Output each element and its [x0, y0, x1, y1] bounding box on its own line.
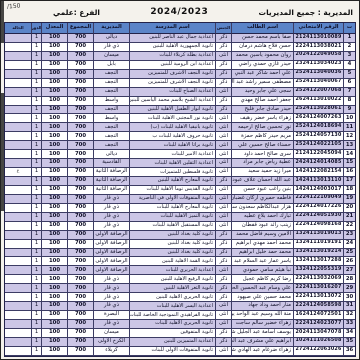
cell-school-name: ثانوية الثغر الاهلية للبنين	[129, 284, 215, 293]
cell-round: 1	[31, 186, 41, 195]
cell-round: 1	[31, 249, 41, 258]
cell-average: 100	[41, 195, 67, 204]
cell-student-name: محمد حسين علي صيهود	[231, 293, 293, 302]
table-row: 22 2224124098168 زينب رائد عبود قفطان ان…	[5, 222, 355, 231]
cell-student-name: نور تحسين صالح ارحيمه	[231, 123, 293, 132]
cell-gender: انثى	[215, 347, 231, 356]
cell-average: 100	[41, 79, 67, 88]
cell-total: 700	[67, 231, 93, 240]
cell-average: 100	[41, 204, 67, 213]
cell-gender: انثى	[215, 266, 231, 275]
cell-round: 1	[31, 338, 41, 347]
cell-exam-number: 2524113028061	[293, 106, 343, 115]
cell-school-name: ثانوية المعارج الاهلية للبنين	[129, 177, 215, 186]
table-row: 14 2124122045094 سرى صالح احمد داود انثى…	[5, 150, 355, 159]
cell-school-name: اعدادية المتميزين للبنين	[129, 338, 215, 347]
cell-student-name: سرى صالح احمد داود	[231, 150, 293, 159]
cell-gender: ذكر	[215, 231, 231, 240]
cell-round: 1	[31, 222, 41, 231]
table-row: 23 1324113019013 الامين وسيم فاضل محمد ذ…	[5, 231, 355, 240]
cell-total: 700	[67, 97, 93, 106]
cell-gender: انثى	[215, 168, 231, 177]
cell-total: 700	[67, 114, 93, 123]
cell-status	[5, 293, 31, 302]
cell-total: 700	[67, 302, 93, 311]
cell-gender: انثى	[215, 213, 231, 222]
cell-gender: ذكر	[215, 34, 231, 43]
cell-exam-number: 2224113038021	[293, 43, 343, 52]
col-exam-number: الرقم الامتحاني	[293, 23, 343, 34]
cell-exam-number: 2324113034023	[293, 61, 343, 70]
cell-student-name: روان محمود ياسين محمد	[231, 52, 293, 61]
cell-gender: انثى	[215, 150, 231, 159]
cell-school-name: اعدادية جمال عبد الناصر للبنين	[129, 34, 215, 43]
cell-school-name: ثانوية القمة الاهلية للبنين	[129, 257, 215, 266]
cell-serial: 30	[343, 293, 355, 302]
col-gender: الجنس	[215, 23, 231, 34]
cell-gender: انثى	[215, 186, 231, 195]
cell-round: 1	[31, 204, 41, 213]
cell-gender: انثى	[215, 204, 231, 213]
cell-school-name: اعدادية الصباح للبنات	[129, 88, 215, 97]
cell-gender: ذكر	[215, 43, 231, 52]
cell-average: 100	[41, 168, 67, 177]
cell-exam-number: 2524124018694	[293, 123, 343, 132]
cell-school-name: ثانوية كلية بغداد للبنين	[129, 240, 215, 249]
cell-total: 700	[67, 186, 93, 195]
cell-average: 100	[41, 302, 67, 311]
cell-total: 700	[67, 123, 93, 132]
cell-directorate: النجف	[93, 132, 129, 141]
cell-status	[5, 222, 31, 231]
cell-status	[5, 159, 31, 168]
cell-average: 100	[41, 61, 67, 70]
cell-student-name: حيدر غازي حمدي راضي	[231, 61, 293, 70]
cell-gender: انثى	[215, 141, 231, 150]
cell-status	[5, 43, 31, 52]
cell-serial: 12	[343, 132, 355, 141]
cell-exam-number: 2724122063026	[293, 347, 343, 356]
cell-total: 700	[67, 195, 93, 204]
cell-average: 100	[41, 338, 67, 347]
cell-gender: انثى	[215, 88, 231, 97]
cell-student-name: يوسف اسامة عبد الجليل شايع	[231, 329, 293, 338]
cell-directorate: ميسان	[93, 52, 129, 61]
cell-directorate: واسط	[93, 114, 129, 123]
cell-total: 700	[67, 159, 93, 168]
table-row: 35 1024111026508 ابراهيم علي مشرف عبد ال…	[5, 338, 355, 347]
cell-school-name: ثانوية الجمهورية الاهلية للبنين	[129, 43, 215, 52]
cell-student-name: زهراء خضير سالم ساجت	[231, 320, 293, 329]
cell-serial: 31	[343, 302, 355, 311]
cell-total: 700	[67, 213, 93, 222]
cell-directorate: الرصافة الثانية	[93, 177, 129, 186]
cell-gender: انثى	[215, 320, 231, 329]
cell-status	[5, 79, 31, 88]
cell-exam-number: 2524113040036	[293, 70, 343, 79]
table-row: 11 2524124018694 نور تحسين صالح ارحيمه ا…	[5, 123, 355, 132]
cell-serial: 35	[343, 338, 355, 347]
cell-total: 700	[67, 275, 93, 284]
cell-status	[5, 186, 31, 195]
cell-round: 1	[31, 97, 41, 106]
table-row: 19 2224122109049 فاطمه حميري اركان غضبان…	[5, 195, 355, 204]
cell-serial: 2	[343, 43, 355, 52]
cell-directorate: الرصافة الثانية	[93, 168, 129, 177]
cell-directorate: ذي قار	[93, 293, 129, 302]
cell-total: 700	[67, 222, 93, 231]
cell-serial: 26	[343, 257, 355, 266]
cell-gender: ذكر	[215, 177, 231, 186]
cell-total: 700	[67, 106, 93, 115]
cell-serial: 34	[343, 329, 355, 338]
cell-round: 1	[31, 52, 41, 61]
cell-directorate: الرصافة الاولى	[93, 257, 129, 266]
cell-school-name: اعدادية اليسر الاهلية للبنات	[129, 302, 215, 311]
table-row: 16 1424122082154 ميرا زيد حميد سعيد انثى…	[5, 168, 355, 177]
cell-round: 1	[31, 257, 41, 266]
cell-round: 1	[31, 320, 41, 329]
cell-average: 100	[41, 249, 67, 258]
cell-serial: 23	[343, 231, 355, 240]
cell-serial: 27	[343, 266, 355, 275]
cell-school-name: ثانوية المتفوقات الاولى في الناصرية	[129, 195, 215, 204]
cell-serial: 20	[343, 204, 355, 213]
cell-gender: ذكر	[215, 338, 231, 347]
cell-total: 700	[67, 43, 93, 52]
cell-status	[5, 70, 31, 79]
cell-total: 700	[67, 249, 93, 258]
cell-school-name: اعدادية بطلة كربلاء للبنات	[129, 52, 215, 61]
cell-average: 100	[41, 132, 67, 141]
cell-status	[5, 97, 31, 106]
cell-total: 700	[67, 132, 93, 141]
cell-round: 1	[31, 302, 41, 311]
cell-gender: انثى	[215, 302, 231, 311]
cell-total: 700	[67, 338, 93, 347]
cell-exam-number: 2224113013072	[293, 293, 343, 302]
cell-average: 100	[41, 293, 67, 302]
table-header-row: ت الرقم الامتحاني اسم الطالب الجنس اسم ا…	[5, 23, 355, 34]
cell-gender: انثى	[215, 159, 231, 168]
cell-total: 700	[67, 320, 93, 329]
cell-average: 100	[41, 97, 67, 106]
cell-average: 100	[41, 106, 67, 115]
cell-student-name: فاطمه حميري اركان غضبان	[231, 195, 293, 204]
cell-round: 1	[31, 61, 41, 70]
cell-directorate: النجف	[93, 123, 129, 132]
cell-status	[5, 320, 31, 329]
cell-directorate: ذي قار	[93, 302, 129, 311]
cell-school-name: ثانوية الفراهيدي النموذجية الخاصة للبنات	[129, 311, 215, 320]
cell-status: ع	[5, 168, 31, 177]
cell-serial: 15	[343, 159, 355, 168]
table-row: 29 2224113016207 علي وسام عبد الحسين الح…	[5, 284, 355, 293]
cell-status	[5, 34, 31, 43]
cell-gender: ذكر	[215, 61, 231, 70]
cell-serial: 13	[343, 141, 355, 150]
cell-status	[5, 123, 31, 132]
cell-round: 1	[31, 195, 41, 204]
cell-total: 700	[67, 34, 93, 43]
cell-school-name: ثانوية القديس توما الاهلية للبنات	[129, 186, 215, 195]
cell-status	[5, 231, 31, 240]
table-row: 21 2224124051930 تبارك احمد بلاع عطيه ان…	[5, 213, 355, 222]
cell-exam-number: 2224124058598	[293, 302, 343, 311]
cell-directorate: النجف	[93, 79, 129, 88]
cell-directorate: بابل	[93, 61, 129, 70]
cell-student-name: محمد احمد مهدي ابراهيم	[231, 240, 293, 249]
school-year: 2024/2023	[150, 7, 208, 17]
cell-directorate: الرصافة الاولى	[93, 231, 129, 240]
cell-school-name: ثانوية براثا الاهلية للبنات	[129, 141, 215, 150]
cell-status	[5, 132, 31, 141]
cell-total: 700	[67, 150, 93, 159]
cell-student-name: سجى علي جابر وحيد	[231, 88, 293, 97]
cell-status	[5, 114, 31, 123]
cell-average: 100	[41, 177, 67, 186]
cell-average: 100	[41, 284, 67, 293]
cell-total: 700	[67, 79, 93, 88]
cell-directorate: ميسان	[93, 329, 129, 338]
cell-exam-number: 1324113017288	[293, 257, 343, 266]
cell-round: 1	[31, 311, 41, 320]
cell-student-name: بنين راغب عبود حسن	[231, 186, 293, 195]
cell-exam-number: 2524113040067	[293, 79, 343, 88]
cell-average: 100	[41, 347, 67, 356]
cell-exam-number: 1324111019191	[293, 240, 343, 249]
cell-serial: 5	[343, 70, 355, 79]
table-row: 5 2524113040036 علي احمد شاكر عبد النبي …	[5, 70, 355, 79]
cell-serial: 3	[343, 52, 355, 61]
table-row: 28 2224113032069 رضا كريم كاظم عجيل ذكر …	[5, 275, 355, 284]
cell-school-name: ثانوية الرفيع الاهلية للبنين	[129, 275, 215, 284]
table-row: 4 2324113034023 حيدر غازي حمدي راضي ذكر …	[5, 61, 355, 70]
cell-total: 700	[67, 257, 93, 266]
cell-round: 1	[31, 231, 41, 240]
cell-school-name: ثانوية الحريري الاهلية للبنين	[129, 293, 215, 302]
cell-student-name: منة الله وسيم عبد الواحد يوسف	[231, 311, 293, 320]
cell-round: 1	[31, 150, 41, 159]
cell-round: 1	[31, 275, 41, 284]
table-row: 9 2524113028061 حيدر صادق جابر فليح ذكر …	[5, 106, 355, 115]
cell-serial: 33	[343, 320, 355, 329]
cell-total: 700	[67, 141, 93, 150]
cell-round: 1	[31, 347, 41, 356]
cell-school-name: ثانوية نور المجتبى الاهلية للبنات	[129, 114, 215, 123]
cell-average: 100	[41, 222, 67, 231]
cell-average: 100	[41, 311, 67, 320]
cell-total: 700	[67, 266, 93, 275]
cell-exam-number: 1324113019013	[293, 231, 343, 240]
table-row: 15 2424124014085 عطية رياض جابر مراد انث…	[5, 159, 355, 168]
cell-status	[5, 249, 31, 258]
cell-average: 100	[41, 257, 67, 266]
cell-gender: انثى	[215, 311, 231, 320]
cell-directorate: ذي قار	[93, 275, 129, 284]
cell-total: 700	[67, 70, 93, 79]
cell-serial: 10	[343, 114, 355, 123]
cell-average: 100	[41, 141, 67, 150]
cell-status	[5, 257, 31, 266]
cell-exam-number: 1324122055319	[293, 266, 343, 275]
cell-directorate: كربلاء	[93, 347, 129, 356]
cell-status	[5, 52, 31, 61]
cell-total: 700	[67, 177, 93, 186]
directorate-title: المديرية : جميع المديريات	[259, 8, 353, 17]
cell-student-name: محمد حمد خليل ابراهيم	[231, 249, 293, 258]
cell-school-name: ثانوية المعارج الاهلية للبنات	[129, 204, 215, 213]
cell-serial: 22	[343, 222, 355, 231]
table-row: 18 1424124003017 بنين راغب عبود حسن انثى…	[5, 186, 355, 195]
branch-label: الفرع :علمي	[53, 8, 100, 17]
cell-status	[5, 302, 31, 311]
col-serial: ت	[343, 23, 355, 34]
cell-round: 1	[31, 329, 41, 338]
scanned-results-sheet: 150/ المديرية : جميع المديريات 2024/2023…	[0, 0, 360, 360]
cell-average: 100	[41, 43, 67, 52]
cell-round: 1	[31, 123, 41, 132]
cell-gender: ذكر	[215, 106, 231, 115]
table-row: 20 2224124017226 هزار عبدالكاظم سعدون سل…	[5, 204, 355, 213]
cell-school-name: ثانوية المتفوقات الاولى للبنات	[129, 347, 215, 356]
cell-average: 100	[41, 123, 67, 132]
cell-student-name: مريم حيدر كاظم حمزة	[231, 132, 293, 141]
cell-total: 700	[67, 240, 93, 249]
cell-exam-number: 2124113010089	[293, 34, 343, 43]
table-row: 1 2124113010089 صفا باسم محمد حسن ذكر اع…	[5, 34, 355, 43]
cell-exam-number: 2124122045094	[293, 150, 343, 159]
cell-school-name: اعدادية الثقلين الاهلية للبنات	[129, 159, 215, 168]
cell-status	[5, 106, 31, 115]
cell-exam-number: 1624124072501	[293, 311, 343, 320]
cell-directorate: النجف	[93, 141, 129, 150]
table-row: 2 2224113038021 حسن فلاح هاشم درمان ذكر …	[5, 43, 355, 52]
cell-student-name: ياسر عمار عبد السلام عبد الرزاق	[231, 257, 293, 266]
cell-student-name: زهراء ضرغام عبد الهادي شهيد	[231, 347, 293, 356]
cell-gender: ذكر	[215, 284, 231, 293]
cell-directorate: النجف	[93, 88, 129, 97]
cell-student-name: زينب رائد عبود قفطان	[231, 222, 293, 231]
col-status: الحالة	[5, 23, 31, 34]
cell-student-name: رضا كريم كاظم عجيل	[231, 275, 293, 284]
table-row: 30 2224113013072 محمد حسين علي صيهود ذكر…	[5, 293, 355, 302]
cell-gender: ذكر	[215, 257, 231, 266]
cell-exam-number: 2224124098168	[293, 222, 343, 231]
cell-school-name: ثانوية انوار الطفيل الاهلية للبنين	[129, 106, 215, 115]
cell-student-name: حسن فلاح هاشم درمان	[231, 43, 293, 52]
cell-status	[5, 311, 31, 320]
cell-serial: 17	[343, 177, 355, 186]
cell-gender: ذكر	[215, 240, 231, 249]
table-row: 24 1324111019191 محمد احمد مهدي ابراهيم …	[5, 240, 355, 249]
cell-serial: 11	[343, 123, 355, 132]
cell-average: 100	[41, 231, 67, 240]
cell-directorate: الرصافة الاولى	[93, 266, 129, 275]
cell-gender: ذكر	[215, 70, 231, 79]
cell-school-name: ثانوية التميز الاهلية للبنات	[129, 213, 215, 222]
cell-exam-number: 1024111026508	[293, 338, 343, 347]
cell-directorate: النجف	[93, 70, 129, 79]
cell-total: 700	[67, 311, 93, 320]
cell-total: 700	[67, 347, 93, 356]
cell-round: 1	[31, 266, 41, 275]
table-row: 13 2524124022105 حسناء صالح حسين علي انث…	[5, 141, 355, 150]
cell-exam-number: 2224113016207	[293, 284, 343, 293]
table-row: 32 1624124072501 منة الله وسيم عبد الواح…	[5, 311, 355, 320]
cell-student-name: ابراهيم علي مشرف عبد الحميد	[231, 338, 293, 347]
cell-total: 700	[67, 293, 93, 302]
cell-round: 1	[31, 34, 41, 43]
cell-school-name: ثانوية النجف الاشرف للمتميزين	[129, 79, 215, 88]
cell-school-name: ثانوية المتفوقين	[129, 329, 215, 338]
cell-gender: ذكر	[215, 275, 231, 284]
cell-gender: انثى	[215, 52, 231, 61]
cell-exam-number: 2524122007068	[293, 88, 343, 97]
cell-status	[5, 275, 31, 284]
cell-average: 100	[41, 213, 67, 222]
cell-directorate: ذي قار	[93, 213, 129, 222]
cell-serial: 25	[343, 249, 355, 258]
cell-school-name: ثانوية كلية بغداد للبنين	[129, 249, 215, 258]
cell-total: 700	[67, 168, 93, 177]
cell-student-name: صفا باسم محمد حسن	[231, 34, 293, 43]
cell-status	[5, 213, 31, 222]
cell-gender: ذكر	[215, 249, 231, 258]
cell-status	[5, 266, 31, 275]
cell-gender: انثى	[215, 195, 231, 204]
cell-school-name: اعدادية ابن الرومية للبنين	[129, 61, 215, 70]
cell-serial: 14	[343, 150, 355, 159]
table-row: 8 2624113010022 جعفر احمد صالح مهدي ذكر …	[5, 97, 355, 106]
table-row: 12 2524124057130 مريم حيدر كاظم حمزة انث…	[5, 132, 355, 141]
cell-round: 1	[31, 177, 41, 186]
cell-school-name: ثانوية فلسطين للمتميزات	[129, 168, 215, 177]
cell-exam-number: 2424124014085	[293, 159, 343, 168]
cell-student-name: عطية رياض جابر مراد	[231, 159, 293, 168]
cell-status	[5, 284, 31, 293]
cell-serial: 32	[343, 311, 355, 320]
cell-student-name: علي احمد شاكر عبد النبي	[231, 70, 293, 79]
table-row: 3 2024122049058 روان محمود ياسين محمد ان…	[5, 52, 355, 61]
cell-directorate: ذي قار	[93, 204, 129, 213]
cell-gender: ذكر	[215, 97, 231, 106]
col-directorate: المديرية	[93, 23, 129, 34]
cell-status	[5, 141, 31, 150]
cell-school-name: ثانوية حروف الاهلية للبنات ب	[129, 132, 215, 141]
cell-directorate: ذي قار	[93, 195, 129, 204]
cell-directorate: واسط	[93, 97, 129, 106]
cell-student-name: علي وسام عبد الحسين الحلفي	[231, 284, 293, 293]
cell-round: 1	[31, 114, 41, 123]
cell-serial: 9	[343, 106, 355, 115]
cell-serial: 36	[343, 347, 355, 356]
cell-directorate: القادسية	[93, 159, 129, 168]
cell-school-name: اعدادية الحريري للبنات	[129, 266, 215, 275]
cell-average: 100	[41, 186, 67, 195]
cell-directorate: الرصافة الاولى	[93, 249, 129, 258]
table-row: 27 1324122055319 نبأ هيثم سامي حمودي انث…	[5, 266, 355, 275]
cell-status	[5, 240, 31, 249]
cell-round: 1	[31, 213, 41, 222]
cell-school-name: اعدادية الامير للبنات	[129, 150, 215, 159]
cell-gender: انثى	[215, 123, 231, 132]
cell-serial: 19	[343, 195, 355, 204]
cell-average: 100	[41, 320, 67, 329]
students-table: ت الرقم الامتحاني اسم الطالب الجنس اسم ا…	[4, 22, 356, 357]
table-row: 10 2624124007263 زهراء ياسر خضر رهيف انث…	[5, 114, 355, 123]
cell-status	[5, 150, 31, 159]
